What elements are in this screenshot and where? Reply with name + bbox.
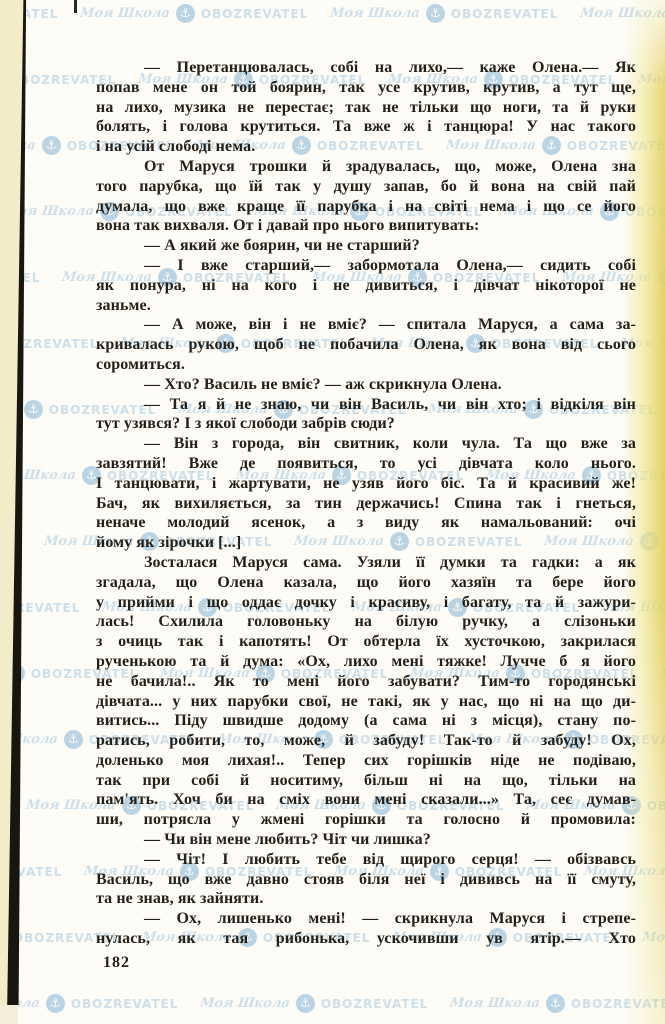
obozrevatel-logo-icon: ⚓ xyxy=(64,730,83,749)
text-line: того парубка, що їй так у душу запав, бо… xyxy=(96,177,636,197)
text-line: соромиться. xyxy=(96,355,636,375)
text-line: — Він з города, він свитник, коли чула. … xyxy=(96,434,636,454)
watermark-unit: Моя Школа⚓OBOZREVATEL xyxy=(450,994,665,1013)
obozrevatel-logo-icon: ⚓ xyxy=(46,994,65,1013)
watermark-unit: Моя Школа⚓OBOZREVATEL xyxy=(330,4,558,23)
text-line: — А який же боярин, чи не старший? xyxy=(96,236,636,256)
text-line: завзятий! Вже де появиться, то усі дівча… xyxy=(96,454,636,474)
obozrevatel-logo-icon: ⚓ xyxy=(296,994,315,1013)
text-line: витись... Піду швидше додому (а сама ні … xyxy=(96,711,636,731)
text-line: на лихо, музика не перестає; так не тіль… xyxy=(96,98,636,118)
page-number: 182 xyxy=(103,954,130,972)
text-line: рученькою та й дума: «Ох, лихо мені тяжк… xyxy=(96,652,636,672)
text-line: ратись, робити, то, може, й забуду! Так-… xyxy=(96,731,636,751)
watermark-brand-name: OBOZREVATEL xyxy=(201,7,309,21)
text-block: — Перетанцювалась, собі на лихо,— каже О… xyxy=(96,58,636,949)
text-line: болять, і голова крутиться. Та вже ж і т… xyxy=(96,117,636,137)
text-line: не бачила!.. Як то мені його забувати? Т… xyxy=(96,672,636,692)
text-line: пам'ять. Хоч би на сміх вони мені сказал… xyxy=(96,790,636,810)
text-line: вона так вихваля. От і давай про нього в… xyxy=(96,216,636,236)
watermark-unit: Моя Школа⚓OBOZREVATEL xyxy=(660,664,665,683)
obozrevatel-logo-icon: ⚓ xyxy=(426,4,445,23)
watermark-brand-name: OBOZREVATEL xyxy=(451,7,559,21)
watermark-site-name: Моя Школа xyxy=(199,996,290,1011)
text-line: як понура, ні на кого і не дивиться, і д… xyxy=(96,276,636,296)
text-line: кривалась рукою, щоб не побачила Олена, … xyxy=(96,335,636,355)
text-line: — А може, він і не вміє? — спитала Марус… xyxy=(96,315,636,335)
text-line: — Перетанцювалась, собі на лихо,— каже О… xyxy=(96,58,636,78)
text-line: попав мене он той боярин, так усе крутив… xyxy=(96,78,636,98)
text-line: і на усій слободі нема. xyxy=(96,137,636,157)
obozrevatel-logo-icon: ⚓ xyxy=(658,268,665,287)
obozrevatel-logo-icon: ⚓ xyxy=(640,532,659,551)
watermark-site-name: Моя Школа xyxy=(449,996,540,1011)
text-line: дівчата... у них парубки свої, не такі, … xyxy=(96,692,636,712)
text-line: — Та я й не знаю, чи він Василь, чи він … xyxy=(96,395,636,415)
text-line: нулась, як тая рибонька, ускочивши ув ят… xyxy=(96,929,636,949)
watermark-site-name: Моя Школа xyxy=(641,930,665,945)
text-line: — Ох, лишенько мені! — скрикнула Маруся … xyxy=(96,909,636,929)
obozrevatel-logo-icon: ⚓ xyxy=(546,994,565,1013)
text-line: Василь, що вже давно стояв біля неї і ди… xyxy=(96,870,636,890)
watermark-brand-name: OBOZREVATEL xyxy=(71,997,179,1011)
text-line: — Хто? Василь не вміє? — аж скрикнула Ол… xyxy=(96,375,636,395)
text-line: згадала, що Олена казала, що його хазяїн… xyxy=(96,573,636,593)
text-line: та не знав, як зайняти. xyxy=(96,889,636,909)
scanned-book-page: Моя Школа⚓OBOZREVATELМоя Школа⚓OBOZREVAT… xyxy=(0,0,665,1024)
obozrevatel-logo-icon: ⚓ xyxy=(176,4,195,23)
watermark-site-name: Моя Школа xyxy=(79,6,170,21)
text-line: — Чи він мене любить? Чіт чи лишка? xyxy=(96,830,636,850)
text-line: доленько моя лихая!.. Тепер сих горішків… xyxy=(96,751,636,771)
text-line: лась! Схилила головоньку на білую ручку,… xyxy=(96,612,636,632)
text-line: йому як зірочки [...] xyxy=(96,533,636,553)
watermark-unit: Моя Школа⚓OBOZREVATEL xyxy=(200,994,428,1013)
watermark-unit: Моя Школа⚓OBOZREVATEL xyxy=(642,928,665,947)
watermark-brand-name: OBOZREVATEL xyxy=(571,997,665,1011)
text-line: тут узявся? І з якої слободи забрів сюди… xyxy=(96,414,636,434)
watermark-site-name: Моя Школа xyxy=(659,666,665,681)
watermark-brand-name: OBOZREVATEL xyxy=(321,997,429,1011)
text-line: І танцювати, і жартувати, не узяв його б… xyxy=(96,474,636,494)
watermark-site-name: Моя Школа xyxy=(637,72,665,87)
watermark-site-name: Моя Школа xyxy=(329,6,420,21)
watermark-unit: Моя Школа⚓OBOZREVATEL xyxy=(80,4,308,23)
text-line: — Чіт! І любить тебе від щирого серця! —… xyxy=(96,850,636,870)
text-line: думала, що вже краще її парубка і на сві… xyxy=(96,197,636,217)
text-line: з очиць так і капотять! От обтерла їх ху… xyxy=(96,632,636,652)
text-line: ши, потрясла у жмені горішки та голосно … xyxy=(96,810,636,830)
text-line: Зосталася Маруся сама. Узяли її думки та… xyxy=(96,553,636,573)
text-line: у прийми і що оддає дочку і красиву, і б… xyxy=(96,593,636,613)
bottom-left-paper xyxy=(0,1005,18,1024)
obozrevatel-logo-icon: ⚓ xyxy=(42,136,61,155)
text-line: заньме. xyxy=(96,296,636,316)
text-line: так при собі й носитиму, більш ні на що,… xyxy=(96,771,636,791)
text-line: — І вже старший,— забормотала Олена,— си… xyxy=(96,256,636,276)
watermark-brand-name: OBOZREVATEL xyxy=(647,799,665,813)
watermark-unit: Моя Школа⚓OBOZREVATEL xyxy=(580,4,665,23)
watermark-unit: Моя Школа⚓OBOZREVATEL xyxy=(638,70,665,89)
text-line: Бач, як вихиляється, за тин держачись! С… xyxy=(96,494,636,514)
scan-artifact-tick xyxy=(74,0,77,13)
text-line: От Маруся трошки й зрадувалась, що, може… xyxy=(96,157,636,177)
watermark-site-name: Моя Школа xyxy=(579,6,665,21)
text-line: неначе молодий ясенок, а з виду як намал… xyxy=(96,513,636,533)
book-spine-edge xyxy=(0,0,30,1005)
